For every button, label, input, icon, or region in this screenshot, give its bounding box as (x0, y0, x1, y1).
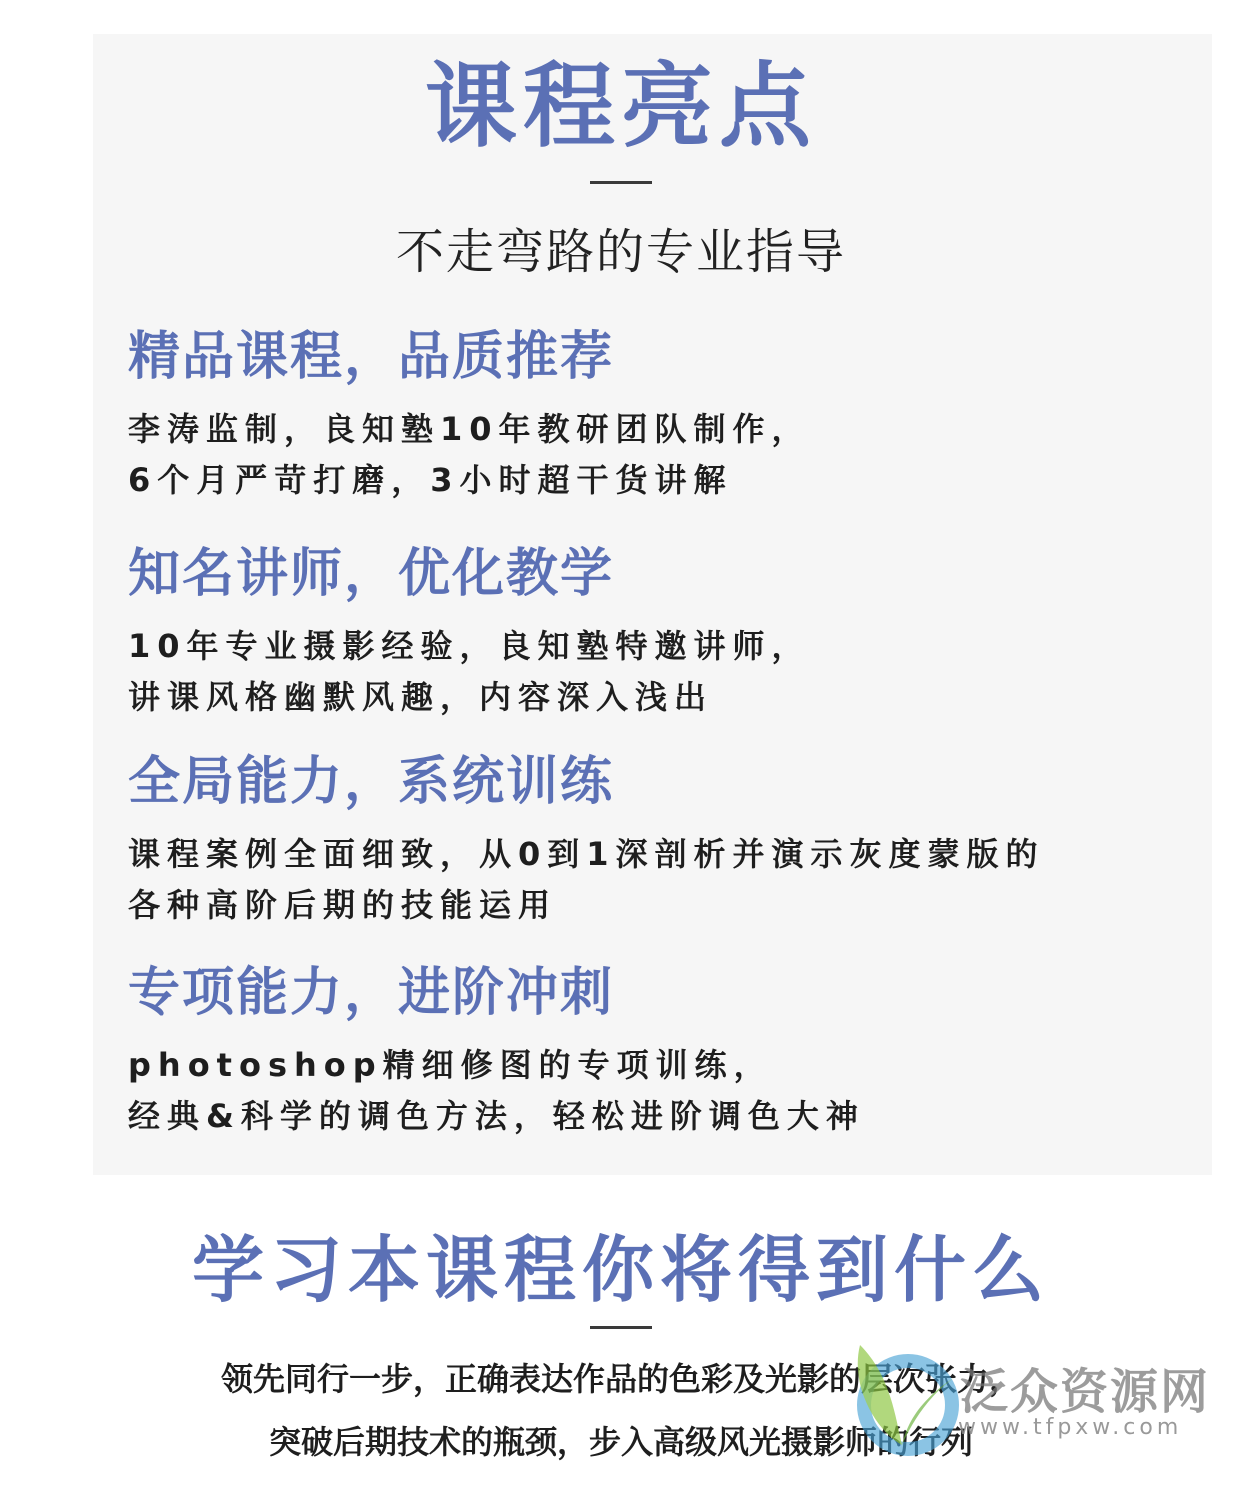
section-line: 10年专业摄影经验，良知塾特邀讲师， (128, 621, 811, 672)
section-heading: 全局能力，系统训练 (128, 749, 1045, 815)
section-line: 经典&科学的调色方法，轻松进阶调色大神 (128, 1091, 865, 1142)
section-heading: 专项能力，进阶冲刺 (128, 960, 865, 1026)
section-line: 李涛监制，良知塾10年教研团队制作， (128, 404, 811, 455)
section-line: 讲课风格幽默风趣，内容深入浅出 (128, 672, 811, 723)
gains-divider (590, 1326, 652, 1329)
section-body: 10年专业摄影经验，良知塾特邀讲师， 讲课风格幽默风趣，内容深入浅出 (128, 621, 811, 723)
gains-line: 突破后期技术的瓶颈，步入高级风光摄影师的行列 (0, 1417, 1242, 1467)
highlight-section-quality: 精品课程，品质推荐 李涛监制，良知塾10年教研团队制作， 6个月严苛打磨，3小时… (128, 324, 811, 506)
section-body: photoshop精细修图的专项训练， 经典&科学的调色方法，轻松进阶调色大神 (128, 1040, 865, 1142)
gains-line: 领先同行一步，正确表达作品的色彩及光影的层次张力， (0, 1354, 1242, 1404)
highlight-section-teacher: 知名讲师，优化教学 10年专业摄影经验，良知塾特邀讲师， 讲课风格幽默风趣，内容… (128, 541, 811, 723)
page-subtitle: 不走弯路的专业指导 (0, 222, 1242, 282)
section-line: 各种高阶后期的技能运用 (128, 880, 1045, 931)
highlight-section-special: 专项能力，进阶冲刺 photoshop精细修图的专项训练， 经典&科学的调色方法… (128, 960, 865, 1142)
section-line: 6个月严苛打磨，3小时超干货讲解 (128, 455, 811, 506)
section-body: 李涛监制，良知塾10年教研团队制作， 6个月严苛打磨，3小时超干货讲解 (128, 404, 811, 506)
section-heading: 知名讲师，优化教学 (128, 541, 811, 607)
gains-title: 学习本课程你将得到什么 (0, 1225, 1242, 1315)
title-divider (590, 181, 652, 184)
section-line: 课程案例全面细致，从0到1深剖析并演示灰度蒙版的 (128, 829, 1045, 880)
page-title: 课程亮点 (0, 52, 1242, 162)
highlight-section-global: 全局能力，系统训练 课程案例全面细致，从0到1深剖析并演示灰度蒙版的 各种高阶后… (128, 749, 1045, 931)
section-line: photoshop精细修图的专项训练， (128, 1040, 865, 1091)
section-body: 课程案例全面细致，从0到1深剖析并演示灰度蒙版的 各种高阶后期的技能运用 (128, 829, 1045, 931)
section-heading: 精品课程，品质推荐 (128, 324, 811, 390)
